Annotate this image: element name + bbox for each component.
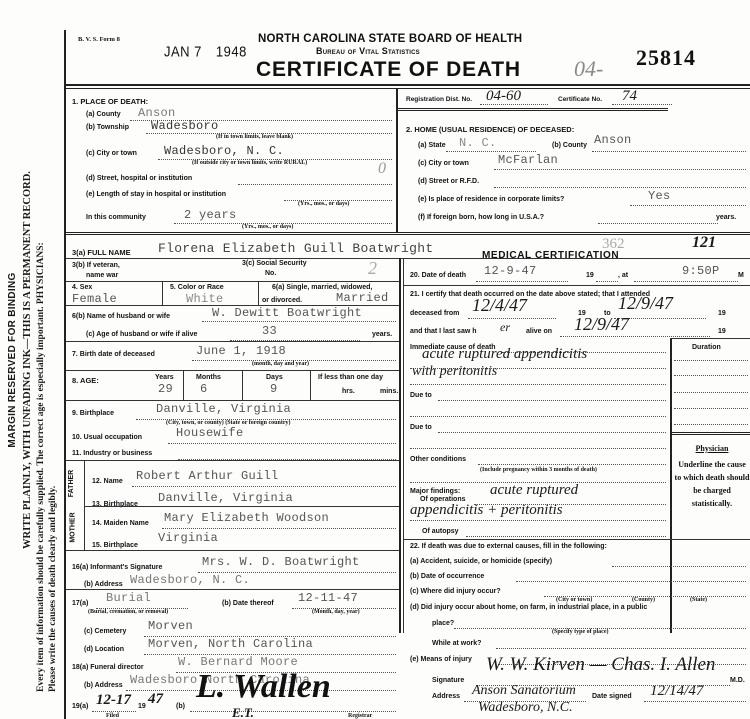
- pencil-2: 2: [368, 258, 377, 279]
- filed-19: 19: [138, 703, 146, 710]
- birthplace-value: Danville, Virginia: [156, 402, 291, 416]
- rule: [92, 711, 136, 712]
- home-city-value: McFarlan: [498, 153, 558, 167]
- hint-city: (City or town): [556, 597, 592, 603]
- registration-rule: [398, 108, 668, 111]
- filed-date-value: 12-17: [96, 692, 131, 709]
- place-type-hint: (Specify type of place): [552, 629, 609, 635]
- death-township-value: Wadesboro: [151, 119, 219, 133]
- rule: [674, 375, 748, 376]
- rule: [84, 506, 399, 507]
- rule: [404, 285, 750, 286]
- occurrence-date-label: (b) Date of occurrence: [410, 573, 484, 580]
- duration-label: Duration: [692, 344, 721, 351]
- rule: [466, 536, 666, 537]
- disposition-value: Burial: [106, 591, 151, 605]
- marital-value: Married: [336, 291, 389, 305]
- registrar-signature: L. Wallen: [196, 668, 331, 706]
- certificate-no-label: Certificate No.: [558, 96, 602, 103]
- last-saw-date-value: 12/9/47: [574, 314, 629, 335]
- rule: [242, 370, 243, 400]
- ssn-label-2: No.: [265, 270, 276, 277]
- stamp-month-day: JAN 7: [164, 43, 202, 60]
- md-suffix: M.D.: [730, 677, 745, 684]
- middle-column-divider-inner: [403, 258, 404, 633]
- attended-to-value: 12/9/47: [618, 293, 673, 314]
- foreign-born-suffix: years.: [716, 214, 736, 221]
- duration-column-divider: [670, 338, 672, 633]
- spouse-value: W. Dewitt Boatwright: [212, 306, 362, 320]
- age-months-value: 6: [200, 382, 208, 396]
- received-stamp: JAN 71948: [164, 43, 247, 60]
- rule: [84, 460, 85, 550]
- while-at-work-label: While at work?: [432, 640, 481, 647]
- sex-value: Female: [72, 292, 117, 306]
- death-date-label: 20. Date of death: [410, 272, 466, 279]
- director-address-label: (b) Address: [84, 682, 123, 689]
- rule: [612, 104, 672, 105]
- immediate-cause-value-1: acute ruptured appendicitis: [422, 346, 587, 363]
- page-title: CERTIFICATE OF DEATH: [256, 58, 521, 82]
- margin-ink-instruction: WRITE PLAINLY, WITH UNFADING INK—THIS IS…: [20, 10, 35, 710]
- rule: [66, 341, 399, 342]
- home-street-label: (d) Street or R.F.D.: [418, 178, 479, 185]
- spouse-label: 6(b) Name of husband or wife: [72, 313, 170, 320]
- margin-instructions: MARGIN RESERVED FOR BINDING WRITE PLAINL…: [5, 10, 59, 710]
- race-value: White: [186, 292, 224, 306]
- mother-birthplace-value: Virginia: [158, 531, 218, 545]
- funeral-director-label: 18(a) Funeral director: [72, 664, 144, 671]
- rule: [202, 321, 396, 322]
- community-label: In this community: [86, 214, 146, 221]
- registration-dist-label: Registration Dist. No.: [406, 96, 472, 103]
- rule: [630, 205, 746, 206]
- rule: [516, 581, 746, 582]
- rule: [258, 281, 259, 305]
- rule: [560, 336, 710, 337]
- middle-column-divider: [399, 258, 401, 633]
- rule: [66, 400, 399, 401]
- rule: [132, 486, 396, 487]
- place-label: place?: [432, 620, 454, 627]
- home-city-label: (c) City or town: [418, 160, 469, 167]
- date-signed-value: 12/14/47: [650, 683, 703, 700]
- corporate-limits-value: Yes: [648, 189, 671, 203]
- community-value: 2 years: [184, 208, 237, 222]
- home-state-label: (a) State: [418, 142, 446, 149]
- informant-address-label: (b) Address: [84, 581, 123, 588]
- attended-from-value: 12/4/47: [472, 295, 527, 316]
- last-saw-her: er: [500, 320, 510, 335]
- informant-signature-value: Mrs. W. D. Boatwright: [202, 555, 360, 569]
- rule: [66, 281, 399, 282]
- rule: [672, 432, 750, 435]
- pencil-zero: 0: [378, 160, 386, 178]
- due-to-1-label: Due to: [410, 392, 432, 399]
- other-conditions-label: Other conditions: [410, 456, 466, 463]
- spouse-age-suffix: years.: [372, 331, 392, 338]
- community-hint: (Yrs., mos., or days): [242, 224, 293, 230]
- rule: [674, 424, 748, 425]
- occupation-value: Housewife: [176, 426, 244, 440]
- filed-prefix: 19(a): [72, 703, 88, 710]
- death-county-label: (a) County: [86, 111, 121, 118]
- margin-note-1: Every item of information should be care…: [35, 10, 47, 710]
- operations-value-1: acute ruptured: [490, 482, 578, 499]
- rule: [476, 281, 568, 282]
- city-hint: (If outside city or town limits, write R…: [192, 160, 307, 166]
- spouse-age-value: 33: [262, 324, 277, 338]
- burial-prefix: 17(a): [72, 600, 88, 607]
- veteran-label: 3(b) If veteran,: [72, 262, 120, 269]
- death-time-value: 9:50P: [682, 264, 720, 278]
- rule: [494, 169, 746, 170]
- margin-reserved-text: MARGIN RESERVED FOR BINDING: [5, 10, 20, 710]
- foreign-born-label: (f) If foreign born, how long in U.S.A.?: [418, 214, 544, 221]
- form-id: B. V. S. Form 8: [78, 36, 120, 43]
- registration-dist-value: 04-60: [486, 88, 521, 105]
- rule: [598, 223, 718, 224]
- burial-date-hint: (Month, day, year): [312, 609, 360, 615]
- rule: [596, 281, 618, 282]
- rule: [404, 539, 750, 540]
- informant-address-value: Wadesboro, N. C.: [130, 573, 250, 587]
- death-date-value: 12-9-47: [484, 264, 537, 278]
- section-rule: [66, 232, 750, 235]
- death-city-label: (c) City or town: [86, 150, 137, 157]
- attended-to-19: 19: [718, 310, 726, 317]
- death-street-label: (d) Street, hospital or institution: [86, 175, 192, 182]
- injury-place-label: (c) Where did injury occur?: [410, 588, 501, 595]
- age-days-value: 9: [270, 382, 278, 396]
- rule: [66, 258, 750, 259]
- location-label: (d) Location: [84, 646, 124, 653]
- hint-county: (County): [632, 597, 655, 603]
- rule: [438, 400, 666, 401]
- death-at-label: , at: [618, 272, 628, 279]
- physician-signature: W. W. Kirven — Chas. I. Allen: [486, 654, 715, 676]
- certificate-body: 1. PLACE OF DEATH: (a) County Anson (b) …: [66, 88, 750, 719]
- due-to-2-label: Due to: [410, 424, 432, 431]
- spouse-age-label: (c) Age of husband or wife if alive: [86, 331, 197, 338]
- other-conditions-hint: (Include pregnancy within 3 months of de…: [480, 467, 597, 473]
- rule: [66, 370, 399, 371]
- hint-state: (State): [690, 597, 707, 603]
- rule: [190, 711, 396, 712]
- burial-date-value: 12-11-47: [298, 591, 358, 605]
- rule: [168, 443, 396, 444]
- certificate-serial: 25814: [636, 45, 696, 71]
- external-causes-heading: 22. If death was due to external causes,…: [410, 543, 607, 550]
- certify-text: 21. I certify that death occurred on the…: [410, 291, 650, 298]
- rule: [612, 566, 746, 567]
- physician-address-label: Address: [432, 693, 460, 700]
- rule: [446, 151, 536, 152]
- funeral-director-value: W. Bernard Moore: [178, 655, 298, 669]
- father-name-value: Robert Arthur Guill: [136, 469, 279, 483]
- certificate-no-value: 74: [622, 88, 637, 105]
- veteran-label-2: name war: [86, 272, 118, 279]
- birth-date-value: June 1, 1918: [196, 344, 286, 358]
- physician-note: Underline the cause to which death shoul…: [674, 458, 750, 510]
- home-heading: 2. HOME (USUAL RESIDENCE) OF DECEASED:: [406, 125, 574, 134]
- last-saw-19: 19: [718, 328, 726, 335]
- rule: [478, 464, 666, 465]
- marital-label-2: or divorced.: [262, 297, 302, 304]
- certificate-header: B. V. S. Form 8 JAN 71948 NORTH CAROLINA…: [66, 0, 750, 88]
- physician-address-2: Wadesboro, N.C.: [478, 700, 573, 716]
- last-saw-label: and that I last saw h: [410, 328, 477, 335]
- major-findings-label: Major findings:: [410, 488, 460, 495]
- rule: [410, 448, 666, 449]
- medical-certification-title: MEDICAL CERTIFICATION: [482, 250, 619, 261]
- race-label: 5. Color or Race: [170, 284, 224, 291]
- alive-on-label: alive on: [526, 328, 552, 335]
- cemetery-value: Morven: [148, 619, 193, 633]
- mins-label: mins.: [380, 388, 398, 395]
- father-name-label: 12. Name: [92, 478, 123, 485]
- death-time-suffix: M: [738, 272, 744, 279]
- place-of-death-heading: 1. PLACE OF DEATH:: [72, 97, 148, 106]
- age-label: 8. AGE:: [72, 376, 99, 385]
- marital-label: 6(a) Single, married, widowed,: [272, 284, 372, 291]
- pencil-121: 121: [692, 234, 716, 252]
- corporate-limits-label: (e) Is place of residence in corporate l…: [418, 196, 564, 203]
- burial-date-label: (b) Date thereof: [222, 600, 274, 607]
- filed-year-value: 47: [148, 691, 163, 708]
- ssn-label: 3(c) Social Security: [242, 260, 307, 267]
- rule: [634, 281, 738, 282]
- registrar-b-label: (b): [176, 703, 185, 710]
- injury-location-type-label: (d) Did injury occur about home, on farm…: [410, 604, 647, 611]
- father-birthplace-value: Danville, Virginia: [158, 491, 293, 505]
- rule: [410, 384, 666, 385]
- rule: [162, 528, 396, 529]
- date-signed-label: Date signed: [592, 693, 632, 700]
- birth-date-hint: (month, day and year): [252, 361, 309, 367]
- rule: [66, 589, 399, 590]
- cemetery-label: (c) Cemetery: [84, 628, 126, 635]
- occupation-label: 10. Usual occupation: [72, 434, 142, 441]
- hrs-label: hrs.: [342, 388, 355, 395]
- physician-address-1: Anson Sanatorium: [472, 683, 576, 699]
- rule: [674, 392, 748, 393]
- rule: [438, 432, 666, 433]
- pencil-annotation: 04-: [574, 56, 603, 82]
- operations-value-2: appendicitis + peritonitis: [410, 502, 563, 519]
- age-years-value: 29: [158, 382, 173, 396]
- autopsy-label: Of autopsy: [422, 528, 459, 535]
- rule: [644, 701, 746, 702]
- attended-from-label: deceased from: [410, 310, 459, 317]
- bureau-name: Bureau of Vital Statistics: [316, 46, 420, 56]
- home-county-value: Anson: [594, 133, 632, 147]
- age-days-label: Days: [266, 374, 283, 381]
- mother-name-value: Mary Elizabeth Woodson: [164, 511, 329, 525]
- mother-side-label: MOTHER: [70, 512, 77, 542]
- rule: [670, 338, 750, 339]
- informant-signature-label: 16(a) Informant's Signature: [72, 564, 162, 571]
- stay-hint: (Yrs., mos., or days): [298, 201, 349, 207]
- disposition-hint: (Burial, cremation, or removal): [88, 609, 168, 615]
- age-years-label: Years: [155, 374, 174, 381]
- birthplace-label: 9. Birthplace: [72, 410, 114, 417]
- death-city-value: Wadesboro, N. C.: [164, 144, 284, 158]
- rule: [674, 408, 748, 409]
- accident-label: (a) Accident, suicide, or homicide (spec…: [410, 558, 552, 565]
- full-name-label: 3(a) FULL NAME: [72, 248, 131, 257]
- location-value: Morven, North Carolina: [148, 637, 313, 651]
- rule: [468, 318, 556, 319]
- home-state-value: N. C.: [459, 136, 497, 150]
- death-township-label: (b) Township: [86, 124, 129, 131]
- board-name: NORTH CAROLINA STATE BOARD OF HEALTH: [258, 33, 522, 45]
- death-county-value: Anson: [138, 106, 176, 120]
- township-hint: (If in town limits, leave blank): [216, 134, 293, 140]
- less-than-day-label: If less than one day: [318, 374, 383, 381]
- home-county-label: (b) County: [552, 142, 587, 149]
- father-side-label: FATHER: [68, 470, 75, 497]
- rule: [66, 460, 399, 461]
- full-name-value: Florena Elizabeth Guill Boatwright: [158, 241, 433, 256]
- rule: [410, 520, 666, 521]
- physician-heading: Physician: [674, 442, 750, 455]
- rule: [66, 550, 399, 551]
- stamp-year: 1948: [216, 43, 247, 60]
- registrar-initials: E.T.: [232, 705, 254, 719]
- sex-label: 4. Sex: [72, 284, 92, 291]
- rule: [410, 416, 666, 417]
- rule: [592, 151, 746, 152]
- physician-signature-label: Signature: [432, 677, 464, 684]
- rule: [310, 370, 311, 400]
- rule: [496, 648, 746, 649]
- means-of-injury-label: (e) Means of injury: [410, 656, 472, 663]
- rule: [494, 187, 746, 188]
- age-months-label: Months: [196, 374, 221, 381]
- rule: [183, 370, 184, 400]
- rule: [162, 281, 163, 305]
- rule: [674, 360, 748, 361]
- birth-date-label: 7. Birth date of deceased: [72, 351, 155, 358]
- rule: [238, 184, 392, 185]
- immediate-cause-value-2: with peritonitis: [412, 364, 497, 380]
- mother-birthplace-label: 15. Birthplace: [92, 542, 138, 549]
- mother-name-label: 14. Maiden Name: [92, 520, 149, 527]
- death-19: 19: [586, 272, 594, 279]
- stay-label: (e) Length of stay in hospital or instit…: [86, 191, 226, 198]
- margin-note-2: Please write the causes of death clearly…: [47, 10, 59, 710]
- industry-label: 11. Industry or business: [72, 450, 152, 457]
- binding-margin: MARGIN RESERVED FOR BINDING WRITE PLAINL…: [0, 0, 64, 719]
